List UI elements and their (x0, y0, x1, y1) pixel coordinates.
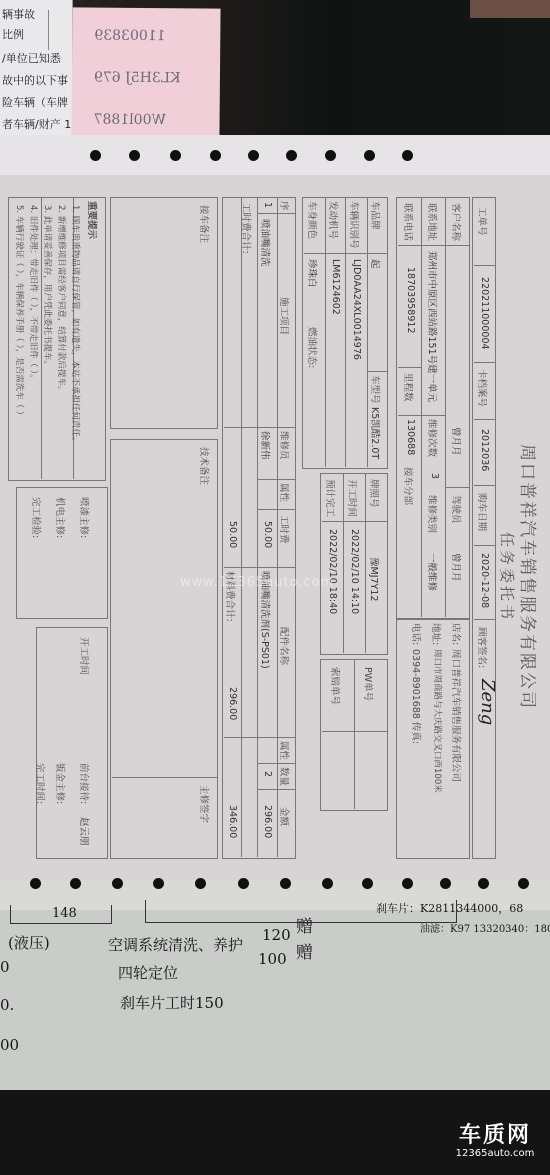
shop-phone-label: 电话: (410, 623, 424, 645)
notice-item: 4. 旧件处理：带走旧件（ ），不带走旧件（ ）。 (28, 205, 40, 383)
sprocket-hole (402, 150, 413, 161)
row-tech: 徐新伟 (259, 431, 273, 460)
note-line: KL3H5J 679 (94, 70, 181, 87)
hw-note: 赠 (296, 938, 313, 963)
row-item: 喷油嘴清洗 (259, 219, 273, 267)
col-item: 施工项目 (278, 297, 292, 335)
inspect-label: 完工检验: (30, 497, 44, 538)
driver: 曾月月 (450, 553, 464, 582)
notice-item: 1. 顾车贵重物品请自行保管，如有遗失，本站不承担任何责任。 (70, 205, 82, 445)
note-line: 11003839 (94, 28, 165, 45)
col-amount: 金额 (278, 807, 292, 826)
reception-name: 赵云朋 (78, 817, 92, 846)
paper-line: /单位已知悉 (2, 50, 61, 66)
faint-watermark: www.12365auto.com (180, 575, 334, 590)
checkbox-cell (48, 10, 73, 50)
row-no: 1 (262, 202, 273, 208)
engine-no: LM6124602 (330, 259, 341, 315)
hw-note: 四轮定位 (118, 962, 178, 983)
purchase-date: 2020-12-08 (479, 553, 490, 608)
grand-total: 346.00 (227, 805, 238, 838)
form-subtitle: 任务委托书 (497, 297, 518, 857)
repair-order-form: 周口普祥汽车销售服务有限公司 任务委托书 工单号 220211000004 卡档… (8, 157, 548, 872)
sprocket-hole (90, 150, 101, 161)
hw-right-note: 油滤：K97 13320340：180 (420, 920, 550, 935)
sprocket-hole (286, 150, 297, 161)
col-part-attr: 属性 (278, 741, 292, 760)
start-time-box (36, 627, 108, 859)
labor-total-label: 工时费合计: (240, 203, 254, 254)
driver-label: 驾驶员 (450, 495, 464, 524)
col-qty: 数量 (278, 767, 292, 786)
foreman-sign-label: 主修签字 (198, 785, 212, 823)
sprocket-hole (210, 150, 221, 161)
repair-type: 一般维修 (426, 553, 440, 591)
mileage: 130688 (405, 419, 416, 455)
hw-note: 空调系统清洗、养护 (108, 934, 243, 955)
shop-phone: 0394-8901688 传真: (410, 649, 424, 744)
brand-label: 车品牌 (369, 201, 383, 230)
plate: 豫MJ7Y12 (368, 557, 382, 601)
phone: 18703958912 (405, 267, 416, 334)
sprocket-hole (153, 878, 164, 889)
claim-label: 索赔单号 (329, 667, 343, 705)
hw-note: (液压) (8, 932, 50, 953)
customer-sign-label: 顾客签名: (476, 627, 490, 668)
paper-line: 比例 (2, 26, 24, 42)
shop-address-label: 地址: (430, 623, 444, 645)
paper-line: 故中的以下事 (2, 72, 68, 88)
notice-item: 3. 此单请妥善保存，用户凭此委托书提车。 (42, 205, 54, 369)
pink-sticky-note: 11003839 KL3H5J 679 W00l1887 (71, 7, 220, 136)
watermark-logo: 车质网 (440, 1124, 550, 1148)
vin-label: 车辆识别号 (348, 201, 362, 249)
notice-item: 5. 车辆行驶证（ ），车辆保养手册（ ），是否需洗车（ ） (14, 205, 26, 419)
col-attr: 属性 (278, 483, 292, 502)
col-no: 序 (278, 201, 292, 211)
sprocket-hole (362, 878, 373, 889)
dept-label: 接车分部 (402, 467, 416, 505)
vin: LJD0AA24XL0014976 (351, 259, 362, 360)
labor-total: 50.00 (227, 521, 238, 548)
desk-edge (470, 0, 550, 18)
hw-edge: 0 (0, 958, 10, 976)
start-time-label: 开工时间 (78, 637, 92, 675)
cell-148: 148 (52, 906, 77, 921)
hw-note: 刹车片工时150 (120, 992, 224, 1013)
customer-signature: Zeng (477, 679, 498, 725)
parts-total: 296.00 (227, 687, 238, 720)
color-label: 车身颜色 (306, 201, 320, 239)
shop-name-label: 店名: (450, 623, 464, 645)
phone-label: 联系电话 (402, 203, 416, 241)
paper-line: 险车辆（车牌 (2, 94, 68, 110)
watermark-url: 12365auto.com (440, 1148, 550, 1159)
row-fee: 50.00 (262, 521, 273, 548)
finish-time-label: 完工时间: (34, 763, 48, 804)
paper-line: 者车辆/财产 1 (2, 116, 71, 132)
hw-note: 100 (258, 950, 287, 968)
sprocket-hole (325, 150, 336, 161)
order-no-label: 工单号 (476, 207, 490, 236)
hw-note: 赠 (296, 912, 313, 937)
sprocket-hole (238, 878, 249, 889)
sheet-metal-label: 钣金主修: (54, 763, 68, 804)
hw-note: 120 (262, 926, 291, 944)
company-title: 周口普祥汽车销售服务有限公司 (517, 297, 542, 857)
pw-label: PW单号 (362, 667, 376, 701)
start-time: 2022/02/10 14:10 (349, 529, 360, 614)
notice-item: 2. 新增维修项目需经客户同意，结算付款后提车。 (56, 205, 68, 394)
color: 珍珠白 (306, 259, 320, 288)
sprocket-hole (248, 150, 259, 161)
note-line: W00l1887 (94, 112, 166, 129)
col-tech: 维修员 (278, 431, 292, 460)
shop-name: 周口普祥汽车销售服务有限公司 (450, 649, 464, 782)
fuel-label: 燃油状态: (306, 327, 320, 368)
order-no: 220211000004 (479, 277, 490, 350)
customer-name: 曾月月 (450, 427, 464, 456)
shop-address: 周口市周商路与大庆路交叉口西100米 (432, 649, 444, 793)
address: 郑州市中原区西站路151号建一单元 (426, 251, 440, 402)
paper-line: 辆事故 (2, 6, 35, 22)
sprocket-hole (112, 878, 123, 889)
sprocket-hole (364, 150, 375, 161)
address-label: 联系地址 (426, 203, 440, 241)
sprocket-hole (322, 878, 333, 889)
row-qty: 2 (262, 771, 273, 777)
repair-count-label: 维修次数 (426, 419, 440, 457)
finish-label: 预计完工 (324, 479, 338, 517)
brand: 起 (369, 259, 383, 269)
tech-notes-label: 技术备注 (198, 447, 212, 485)
model-label: 车型号 (369, 375, 383, 404)
sprocket-hole (280, 878, 291, 889)
sprocket-hole (129, 150, 140, 161)
plate-label: 牌照号 (368, 479, 382, 508)
model: K5凯酷2.0T (369, 407, 383, 459)
mech-label: 机电主修: (54, 497, 68, 538)
sprocket-hole (170, 150, 181, 161)
sprocket-hole (402, 878, 413, 889)
pickup-notes-label: 接车备注 (198, 205, 212, 243)
start-label: 开工时间 (346, 479, 360, 517)
paint-label: 喷漆主修: (78, 497, 92, 538)
hw-edge: 0. (0, 996, 14, 1014)
insurance-paper-fragment: 辆事故 比例 /单位已知悉 故中的以下事 险车辆（车牌 者车辆/财产 1 (0, 0, 73, 136)
row-amount: 296.00 (262, 805, 273, 838)
site-watermark: 车质网 12365auto.com (440, 1124, 550, 1159)
reception-label: 前台接待: (78, 763, 92, 804)
purchase-date-label: 购车日期 (476, 493, 490, 531)
sprocket-hole (478, 878, 489, 889)
sprocket-hole (440, 878, 451, 889)
hw-right-note: 刹车片：K2811344000，68 (376, 900, 523, 916)
sprocket-hole (70, 878, 81, 889)
notice-title: 重要提示 (86, 201, 100, 239)
engine-label: 发动机号 (327, 201, 341, 239)
col-part: 配件名称 (278, 627, 292, 665)
card-no-label: 卡档案号 (476, 369, 490, 407)
sprocket-hole (30, 878, 41, 889)
sprocket-hole (195, 878, 206, 889)
repair-count: 3 (429, 473, 440, 479)
hw-edge: 00 (0, 1036, 19, 1054)
sprocket-hole (518, 878, 529, 889)
repair-type-label: 维修类别 (426, 495, 440, 533)
customer-name-label: 客户名称 (450, 203, 464, 241)
mileage-label: 里程数 (402, 373, 416, 402)
finish-time: 2022/02/10 18:40 (327, 529, 338, 614)
col-fee: 工时费 (278, 515, 292, 544)
card-no: 2012036 (479, 429, 490, 471)
